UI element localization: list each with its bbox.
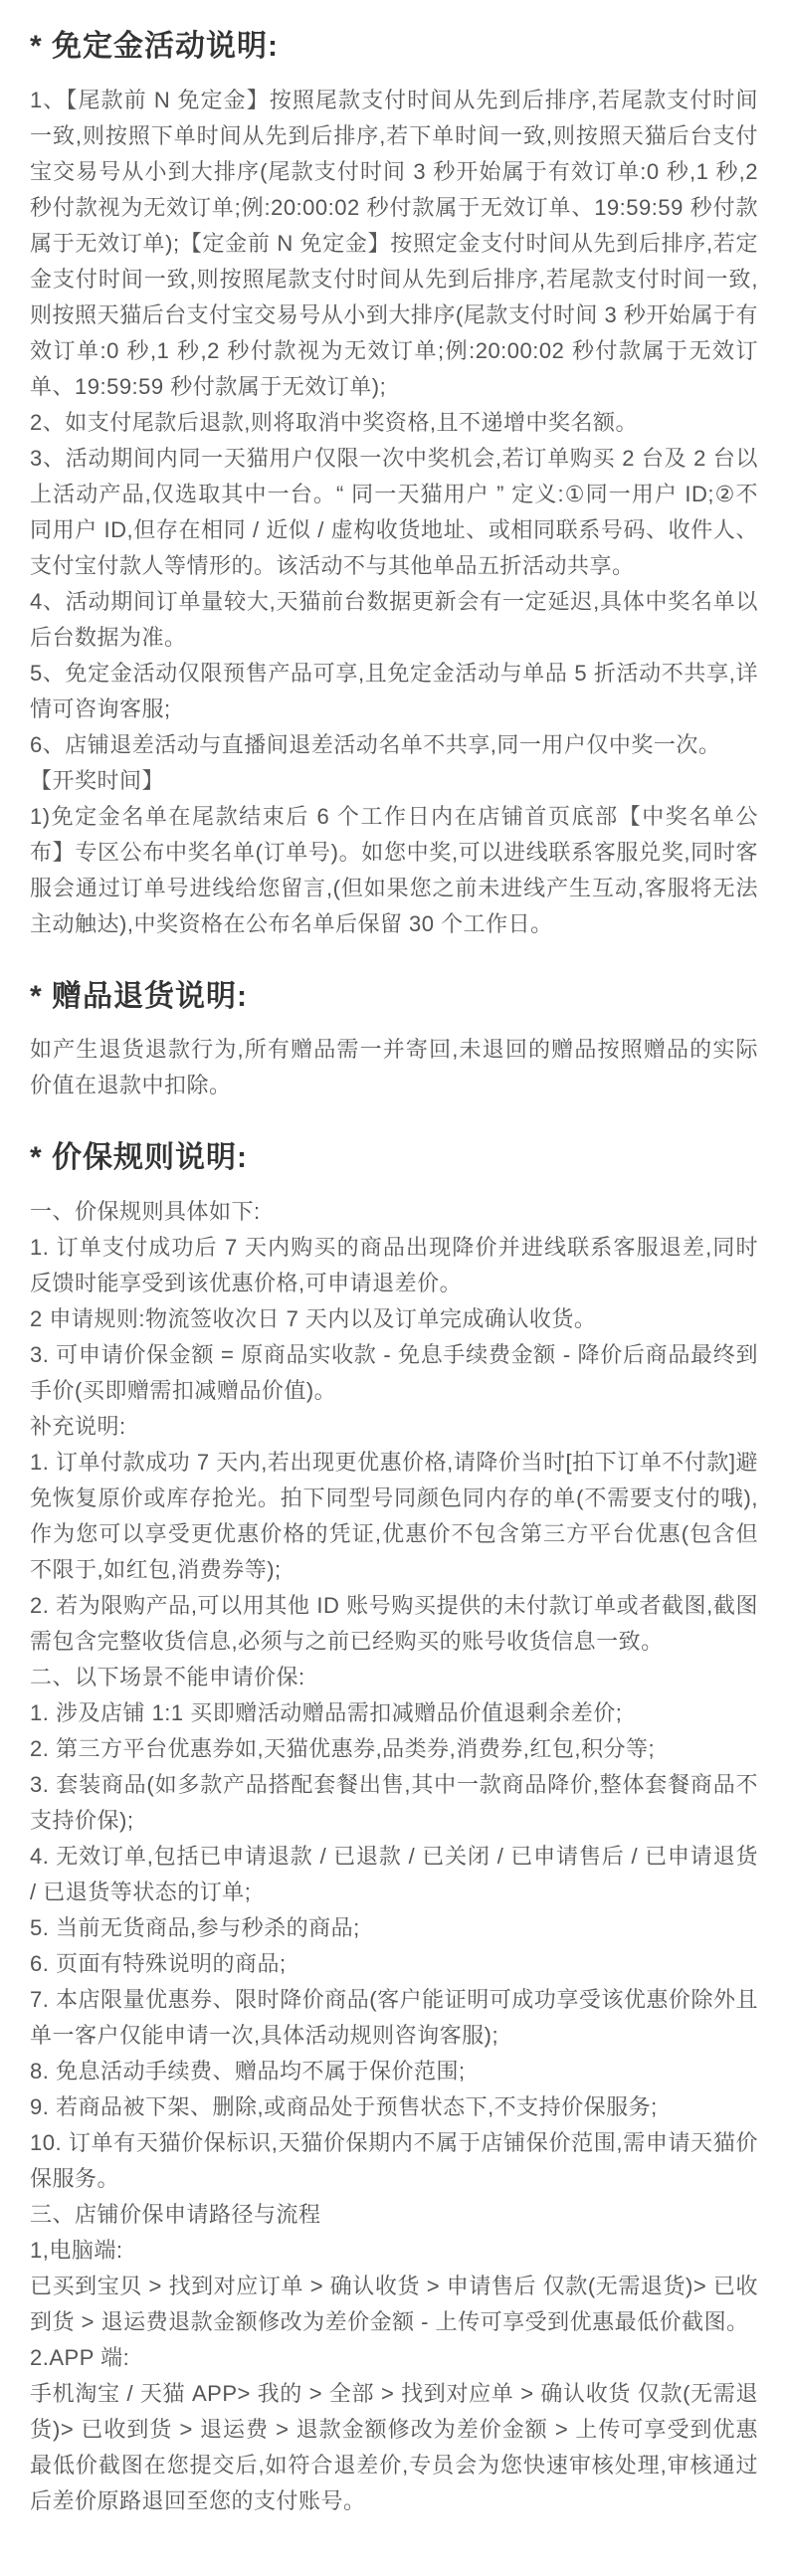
rule-paragraph-app-path: 手机淘宝 / 天猫 APP> 我的 > 全部 > 找到对应单 > 确认收货 仅款… (30, 2376, 758, 2519)
rule-paragraph: 2. 第三方平台优惠券如,天猫优惠券,品类券,消费券,红包,积分等; (30, 1731, 758, 1767)
section-heading-price-protection: * 价保规则说明: (30, 1139, 758, 1177)
rule-paragraph: 9. 若商品被下架、删除,或商品处于预售状态下,不支持价保服务; (30, 2089, 758, 2125)
rule-paragraph: 4、活动期间订单量较大,天猫前台数据更新会有一定延迟,具体中奖名单以后台数据为准… (30, 584, 758, 656)
section-heading-gift-return: * 赠品退货说明: (30, 978, 758, 1016)
rule-paragraph-path-title: 三、店铺价保申请路径与流程 (30, 2197, 758, 2233)
rule-paragraph: 2、如支付尾款后退款,则将取消中奖资格,且不递增中奖名额。 (30, 405, 758, 441)
rule-paragraph: 6. 页面有特殊说明的商品; (30, 1946, 758, 1982)
rule-paragraph: 2. 若为限购产品,可以用其他 ID 账号购买提供的未付款订单或者截图,截图需包… (30, 1588, 758, 1660)
rule-paragraph: 1. 订单支付成功后 7 天内购买的商品出现降价并进线联系客服退差,同时反馈时能… (30, 1230, 758, 1301)
rule-paragraph-pc-label: 1,电脑端: (30, 2233, 758, 2269)
rule-paragraph: 1. 订单付款成功 7 天内,若出现更优惠价格,请降价当时[拍下订单不付款]避免… (30, 1445, 758, 1588)
rule-paragraph-lottery-time-label: 【开奖时间】 (30, 763, 758, 799)
rule-paragraph: 1)免定金名单在尾款结束后 6 个工作日内在店铺首页底部【中奖名单公布】专区公布… (30, 799, 758, 942)
rule-paragraph: 7. 本店限量优惠券、限时降价商品(客户能证明可成功享受该优惠价除外且单一客户仅… (30, 1982, 758, 2054)
rule-paragraph: 4. 无效订单,包括已申请退款 / 已退款 / 已关闭 / 已申请售后 / 已申… (30, 1839, 758, 1910)
section-gift-return: * 赠品退货说明: 如产生退货退款行为,所有赠品需一并寄回,未退回的赠品按照赠品… (30, 978, 758, 1104)
rule-paragraph: 2 申请规则:物流签收次日 7 天内以及订单完成确认收货。 (30, 1301, 758, 1337)
rule-paragraph: 3、活动期间内同一天猫用户仅限一次中奖机会,若订单购买 2 台及 2 台以上活动… (30, 441, 758, 584)
rule-paragraph: 5. 当前无货商品,参与秒杀的商品; (30, 1910, 758, 1946)
rule-paragraph-supplement-label: 补充说明: (30, 1409, 758, 1445)
rule-paragraph: 如产生退货退款行为,所有赠品需一并寄回,未退回的赠品按照赠品的实际价值在退款中扣… (30, 1032, 758, 1103)
rule-paragraph: 1、【尾款前 N 免定金】按照尾款支付时间从先到后排序,若尾款支付时间一致,则按… (30, 83, 758, 405)
rule-paragraph: 10. 订单有天猫价保标识,天猫价保期内不属于店铺保价范围,需申请天猫价保服务。 (30, 2125, 758, 2197)
rule-paragraph-pc-path: 已买到宝贝 > 找到对应订单 > 确认收货 > 申请售后 仅款(无需退货)> 已… (30, 2269, 758, 2340)
section-heading-deposit-free: * 免定金活动说明: (30, 28, 758, 66)
rule-paragraph: 3. 套装商品(如多款产品搭配套餐出售,其中一款商品降价,整体套餐商品不支持价保… (30, 1767, 758, 1839)
section-price-protection: * 价保规则说明: 一、价保规则具体如下: 1. 订单支付成功后 7 天内购买的… (30, 1139, 758, 2519)
rule-paragraph: 二、以下场景不能申请价保: (30, 1660, 758, 1695)
rule-paragraph: 6、店铺退差活动与直播间退差活动名单不共享,同一用户仅中奖一次。 (30, 727, 758, 763)
rules-document: * 免定金活动说明: 1、【尾款前 N 免定金】按照尾款支付时间从先到后排序,若… (0, 0, 786, 2576)
rule-paragraph: 5、免定金活动仅限预售产品可享,且免定金活动与单品 5 折活动不共享,详情可咨询… (30, 656, 758, 727)
rule-paragraph-app-label: 2.APP 端: (30, 2340, 758, 2376)
rule-paragraph: 一、价保规则具体如下: (30, 1194, 758, 1230)
section-deposit-free-activity: * 免定金活动说明: 1、【尾款前 N 免定金】按照尾款支付时间从先到后排序,若… (30, 28, 758, 942)
rule-paragraph: 1. 涉及店铺 1:1 买即赠活动赠品需扣减赠品价值退剩余差价; (30, 1695, 758, 1731)
rule-paragraph: 3. 可申请价保金额 = 原商品实收款 - 免息手续费金额 - 降价后商品最终到… (30, 1337, 758, 1409)
rule-paragraph: 8. 免息活动手续费、赠品均不属于保价范围; (30, 2054, 758, 2089)
